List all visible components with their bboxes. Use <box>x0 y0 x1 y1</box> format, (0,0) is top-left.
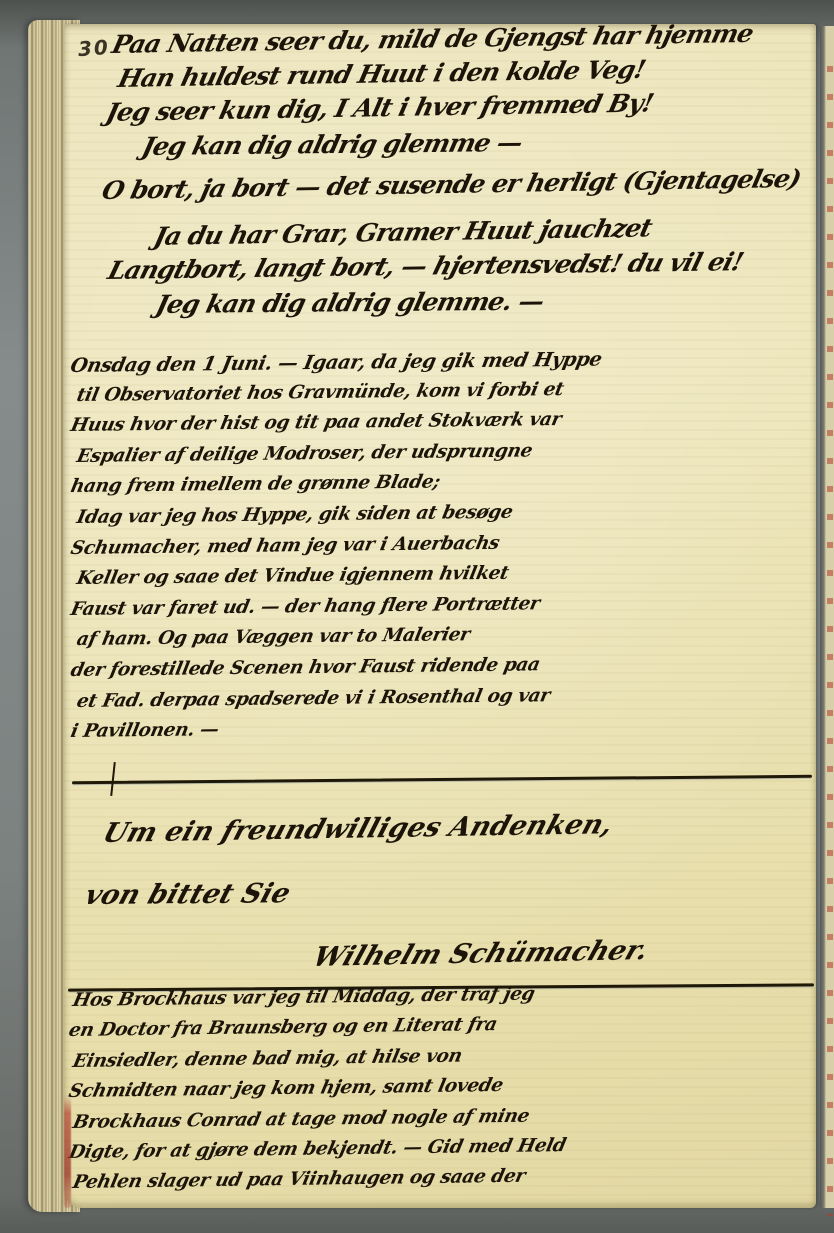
red-edge-marks <box>827 66 833 1216</box>
dedication-line: Um ein freundwilliges Andenken, <box>99 809 617 849</box>
manuscript-page: 30 Paa Natten seer du, mild de Gjengst h… <box>64 24 816 1208</box>
diary-entry-june-1: Onsdag den 1 Juni. — Igaar, da jeg gik m… <box>70 354 814 752</box>
dedication-line: von bittet Sie <box>81 878 294 911</box>
opposite-page-edge <box>820 26 834 1208</box>
signature: Wilhelm Schümacher. <box>309 935 653 973</box>
red-edge-stain <box>64 1096 71 1208</box>
scanner-background: 30 Paa Natten seer du, mild de Gjengst h… <box>0 0 834 1233</box>
verse-section: Paa Natten seer du, mild de Gjengst har … <box>98 30 814 324</box>
handwritten-line: Jeg kan dig aldrig glemme — <box>138 125 816 166</box>
diary-entry-brockhaus: Hos Brockhaus var jeg til Middag, der tr… <box>68 990 816 1203</box>
ink-divider-rule <box>72 775 812 784</box>
handwritten-line: Jeg kan dig aldrig glemme. — <box>152 284 816 324</box>
handwritten-line: O bort, ja bort — det susende er herligt… <box>98 164 816 210</box>
ink-divider-tick <box>110 762 116 796</box>
